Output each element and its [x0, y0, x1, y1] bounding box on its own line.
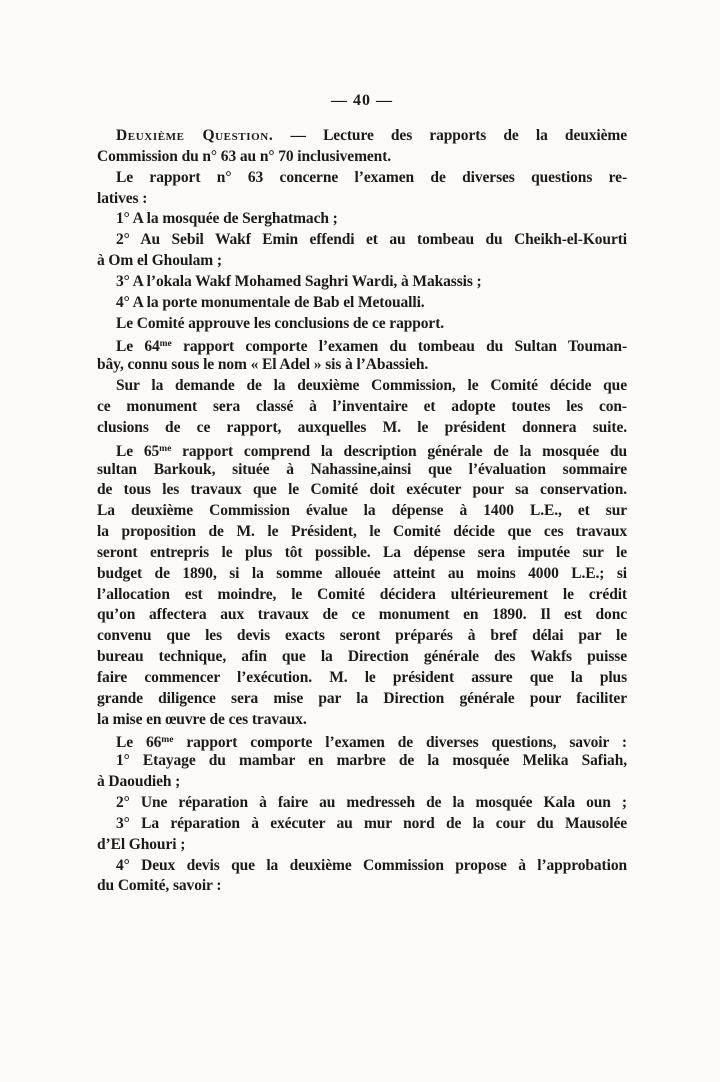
text-line: grande diligence sera mise par la Direct… — [97, 689, 627, 710]
text-run: à Daoudieh ; — [97, 773, 180, 790]
text-line: l’allocation est moindre, le Comité déci… — [97, 585, 627, 606]
text-run: 3° La réparation à exécuter au mur nord … — [116, 815, 627, 832]
text-line: latives : — [97, 189, 627, 210]
text-line: la proposition de M. le Président, le Co… — [97, 522, 627, 543]
text-line: Le rapport n° 63 concerne l’examen de di… — [97, 168, 627, 189]
text-run: 1° A la mosquée de Serghatmach ; — [116, 210, 338, 227]
text-line: budget de 1890, si la somme allouée atte… — [97, 564, 627, 585]
text-line: seront entrepris le plus tôt possible. L… — [97, 543, 627, 564]
text-line: de tous les travaux que le Comité doit e… — [97, 480, 627, 501]
text-run: bureau technique, afin que la Direction … — [97, 648, 627, 665]
text-line: 1° Etayage du mambar en marbre de la mos… — [97, 751, 627, 772]
text-line: bureau technique, afin que la Direction … — [97, 647, 627, 668]
text-run: grande diligence sera mise par la Direct… — [97, 690, 627, 707]
text-line: Commission du n° 63 au n° 70 inclusiveme… — [97, 147, 627, 168]
text-run: de tous les travaux que le Comité doit e… — [97, 481, 627, 498]
text-run: La deuxième Commission évalue la dépense… — [97, 502, 627, 519]
text-run: du Comité, savoir : — [97, 877, 221, 894]
text-line: ce monument sera classé à l’inventaire e… — [97, 397, 627, 418]
text-run: qu’on affectera aux travaux de ce monume… — [97, 606, 627, 623]
text-run: rapport comporte l’examen du tombeau du … — [172, 338, 627, 355]
text-line: Le Comité approuve les conclusions de ce… — [97, 314, 627, 335]
text-line: à Om el Ghoulam ; — [97, 251, 627, 272]
text-line: sultan Barkouk, située à Nahassine,ainsi… — [97, 460, 627, 481]
text-run: d’El Ghouri ; — [97, 836, 185, 853]
text-run: à Om el Ghoulam ; — [97, 252, 222, 269]
text-line: qu’on affectera aux travaux de ce monume… — [97, 605, 627, 626]
text-run: Le 66 — [116, 734, 161, 751]
text-line: d’El Ghouri ; — [97, 835, 627, 856]
text-line: Le 66me rapport comporte l’examen de div… — [97, 730, 627, 751]
text-run: Le 65 — [116, 443, 159, 460]
text-line: du Comité, savoir : — [97, 876, 627, 897]
text-run: 2° Une réparation à faire au medresseh d… — [116, 794, 627, 811]
text-run: Sur la demande de la deuxième Commission… — [116, 377, 627, 394]
text-run: Commission du n° 63 au n° 70 inclusiveme… — [97, 148, 391, 165]
text-line: faire commencer l’exécution. M. le prési… — [97, 668, 627, 689]
text-line: 2° Une réparation à faire au medresseh d… — [97, 793, 627, 814]
text-line: 3° La réparation à exécuter au mur nord … — [97, 814, 627, 835]
text-line: 1° A la mosquée de Serghatmach ; — [97, 209, 627, 230]
superscript-ordinal: me — [161, 735, 173, 745]
text-run: sultan Barkouk, située à Nahassine,ainsi… — [97, 461, 627, 478]
text-run: l’allocation est moindre, le Comité déci… — [97, 586, 627, 603]
text-line: la mise en œuvre de ces travaux. — [97, 710, 627, 731]
text-run: rapport comprend la description générale… — [171, 443, 627, 460]
page-number: — 40 — — [97, 90, 627, 111]
page-body: Deuxième Question. — Lecture des rapport… — [97, 126, 627, 897]
text-line: 2° Au Sebil Wakf Emin effendi et au tomb… — [97, 230, 627, 251]
text-line: La deuxième Commission évalue la dépense… — [97, 501, 627, 522]
text-run: Le 64 — [116, 338, 160, 355]
text-run: 3° A l’okala Wakf Mohamed Saghri Wardi, … — [116, 273, 482, 290]
text-line: clusions de ce rapport, auxquelles M. le… — [97, 418, 627, 439]
text-line: 4° A la porte monumentale de Bab el Meto… — [97, 293, 627, 314]
document-page: — 40 — Deuxième Question. — Lecture des … — [0, 0, 720, 1082]
text-run: ce monument sera classé à l’inventaire e… — [97, 398, 627, 415]
text-line: Sur la demande de la deuxième Commission… — [97, 376, 627, 397]
superscript-ordinal: me — [159, 444, 171, 454]
smallcaps-heading: Deuxième Question. — [116, 127, 273, 144]
text-line: à Daoudieh ; — [97, 772, 627, 793]
text-line: bây, connu sous le nom « El Adel » sis à… — [97, 355, 627, 376]
text-run: Le rapport n° 63 concerne l’examen de di… — [116, 169, 627, 186]
text-line: 4° Deux devis que la deuxième Commission… — [97, 856, 627, 877]
text-run: clusions de ce rapport, auxquelles M. le… — [97, 419, 627, 436]
text-run: la mise en œuvre de ces travaux. — [97, 711, 307, 728]
text-line: Le 64me rapport comporte l’examen du tom… — [97, 334, 627, 355]
text-run: 4° A la porte monumentale de Bab el Meto… — [116, 294, 425, 311]
text-run: rapport comporte l’examen de diverses qu… — [173, 734, 627, 751]
text-line: 3° A l’okala Wakf Mohamed Saghri Wardi, … — [97, 272, 627, 293]
text-line: convenu que les devis exacts seront prép… — [97, 626, 627, 647]
text-run: 4° Deux devis que la deuxième Commission… — [116, 857, 627, 874]
text-run: — Lecture des rapports de la deuxième — [273, 127, 627, 144]
text-run: convenu que les devis exacts seront prép… — [97, 627, 627, 644]
text-run: 1° Etayage du mambar en marbre de la mos… — [116, 752, 627, 769]
superscript-ordinal: me — [160, 339, 172, 349]
text-run: seront entrepris le plus tôt possible. L… — [97, 544, 627, 561]
text-run: 2° Au Sebil Wakf Emin effendi et au tomb… — [116, 231, 627, 248]
text-run: latives : — [97, 190, 147, 207]
text-line: Deuxième Question. — Lecture des rapport… — [97, 126, 627, 147]
text-run: bây, connu sous le nom « El Adel » sis à… — [97, 356, 428, 373]
text-run: la proposition de M. le Président, le Co… — [97, 523, 627, 540]
text-run: budget de 1890, si la somme allouée atte… — [97, 565, 627, 582]
text-line: Le 65me rapport comprend la description … — [97, 439, 627, 460]
text-run: faire commencer l’exécution. M. le prési… — [97, 669, 627, 686]
text-run: Le Comité approuve les conclusions de ce… — [116, 315, 444, 332]
